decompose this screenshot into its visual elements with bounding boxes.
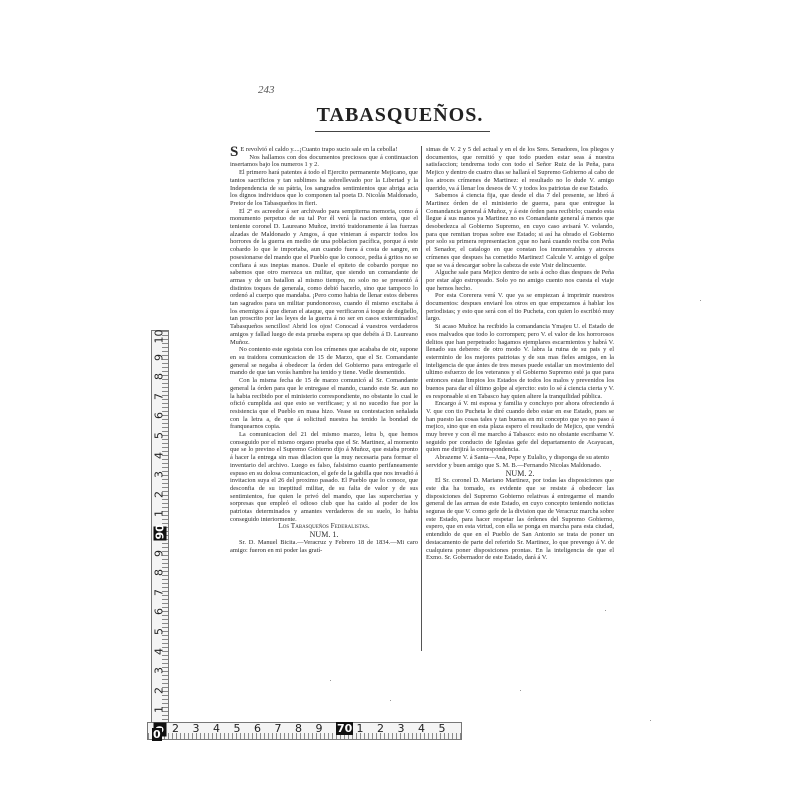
ruler-tick-label: 7 xyxy=(275,722,282,735)
title-underline xyxy=(315,131,490,132)
column-divider xyxy=(421,146,422,651)
ruler-tick-label: 2 xyxy=(153,488,166,500)
ruler-tick-label: 2 xyxy=(377,722,384,735)
scan-speckle xyxy=(700,300,701,301)
ruler-tick-label: 6 xyxy=(254,722,261,735)
ruler-tick-label: 3 xyxy=(153,469,166,481)
ruler-tick-label: 2 xyxy=(153,684,166,696)
ruler-tick-label: 5 xyxy=(234,722,241,735)
ruler-tick-label: 70 xyxy=(336,722,353,735)
ruler-tick-label: 3 xyxy=(398,722,405,735)
ruler-tick-label: 90 xyxy=(154,527,167,541)
ruler-tick-label: 2 xyxy=(172,722,179,735)
scan-speckle xyxy=(330,680,331,681)
paragraph: Con la misma fecha de 15 de marzo comuni… xyxy=(230,377,418,431)
ruler-tick-label: 8 xyxy=(153,567,166,579)
paragraph: Nos hallamos con dos documentos precioso… xyxy=(230,154,418,169)
ruler-tick-label: 4 xyxy=(153,449,166,461)
num1-text: Sr. D. Manuel Bicita.—Veracruz y Febrero… xyxy=(230,539,418,554)
ruler-tick-label: 4 xyxy=(153,645,166,657)
scan-speckle xyxy=(390,700,391,701)
paragraph: Sabemos á ciencia fija, que desde el dia… xyxy=(426,192,614,269)
ruler-tick-label: 1 xyxy=(153,508,166,520)
ruler-tick-label: 5 xyxy=(153,626,166,638)
paragraph: Alguche sale para Mejico dentro de seis … xyxy=(426,269,614,292)
paragraph: El 2º es acreedor á ser archivado para s… xyxy=(230,208,418,347)
signature-paragraph: Abrazeme V. á Santa—Ana, Pepe y Eulalio,… xyxy=(426,454,614,469)
ruler-tick-label: 1 xyxy=(153,704,166,716)
ruler-tick-label: 7 xyxy=(153,390,166,402)
ruler-tick-label: 1 xyxy=(357,722,364,735)
num2-text: El Sr. coronel D. Mariano Martinez, por … xyxy=(426,477,614,562)
num1-heading: NUM. 1. xyxy=(230,531,418,539)
paragraph: simas de V. 2 y 5 del actual y en el de … xyxy=(426,146,614,192)
scan-speckle xyxy=(610,470,611,471)
ruler-tick-label: 9 xyxy=(316,722,323,735)
ruler-tick-label: 6 xyxy=(153,606,166,618)
paragraph: El primero hará patentes á todo el Ejerc… xyxy=(230,169,418,208)
ruler-tick-label: 4 xyxy=(213,722,220,735)
ruler-tick-label: 0 xyxy=(152,728,162,741)
paragraph: No contento este egoista con los crímene… xyxy=(230,346,418,377)
scan-speckle xyxy=(560,480,561,481)
page-number: 243 xyxy=(258,84,275,96)
paragraph: La comunicacion del 21 del mismo marzo, … xyxy=(230,431,418,523)
dropcap: S xyxy=(230,146,238,158)
ruler-tick-label: 6 xyxy=(153,410,166,422)
ruler-tick-label: 8 xyxy=(295,722,302,735)
paragraph: Encargo á V. mi esposa y familia y concl… xyxy=(426,400,614,454)
ruler-tick-label: 4 xyxy=(418,722,425,735)
ruler-tick-label: 5 xyxy=(153,430,166,442)
ruler-tick-label: 8 xyxy=(153,371,166,383)
paragraph: SE revolvió el caldo y....¡Cuanto trapo … xyxy=(230,146,418,154)
ruler-tick-label: 9 xyxy=(153,547,166,559)
scan-speckle xyxy=(605,610,606,611)
left-column: SE revolvió el caldo y....¡Cuanto trapo … xyxy=(230,146,418,554)
ruler-tick-label: 7 xyxy=(153,586,166,598)
scan-speckle xyxy=(650,720,651,721)
scan-speckle xyxy=(520,690,521,691)
ruler-tick-label: 9 xyxy=(153,351,166,363)
paragraph: Por esta Corerera verá V. que ya se empi… xyxy=(426,292,614,323)
ruler-tick-label: 5 xyxy=(439,722,446,735)
ruler-tick-label: 10 xyxy=(153,332,166,344)
paragraph: Si acaso Muñoz ha recibido la comandanci… xyxy=(426,323,614,400)
ruler-tick-label: 3 xyxy=(193,722,200,735)
num2-heading: NUM. 2. xyxy=(426,470,614,478)
page-title: TABASQUEÑOS. xyxy=(300,104,500,127)
ruler-tick-label: 3 xyxy=(153,665,166,677)
right-column: simas de V. 2 y 5 del actual y en el de … xyxy=(426,146,614,562)
